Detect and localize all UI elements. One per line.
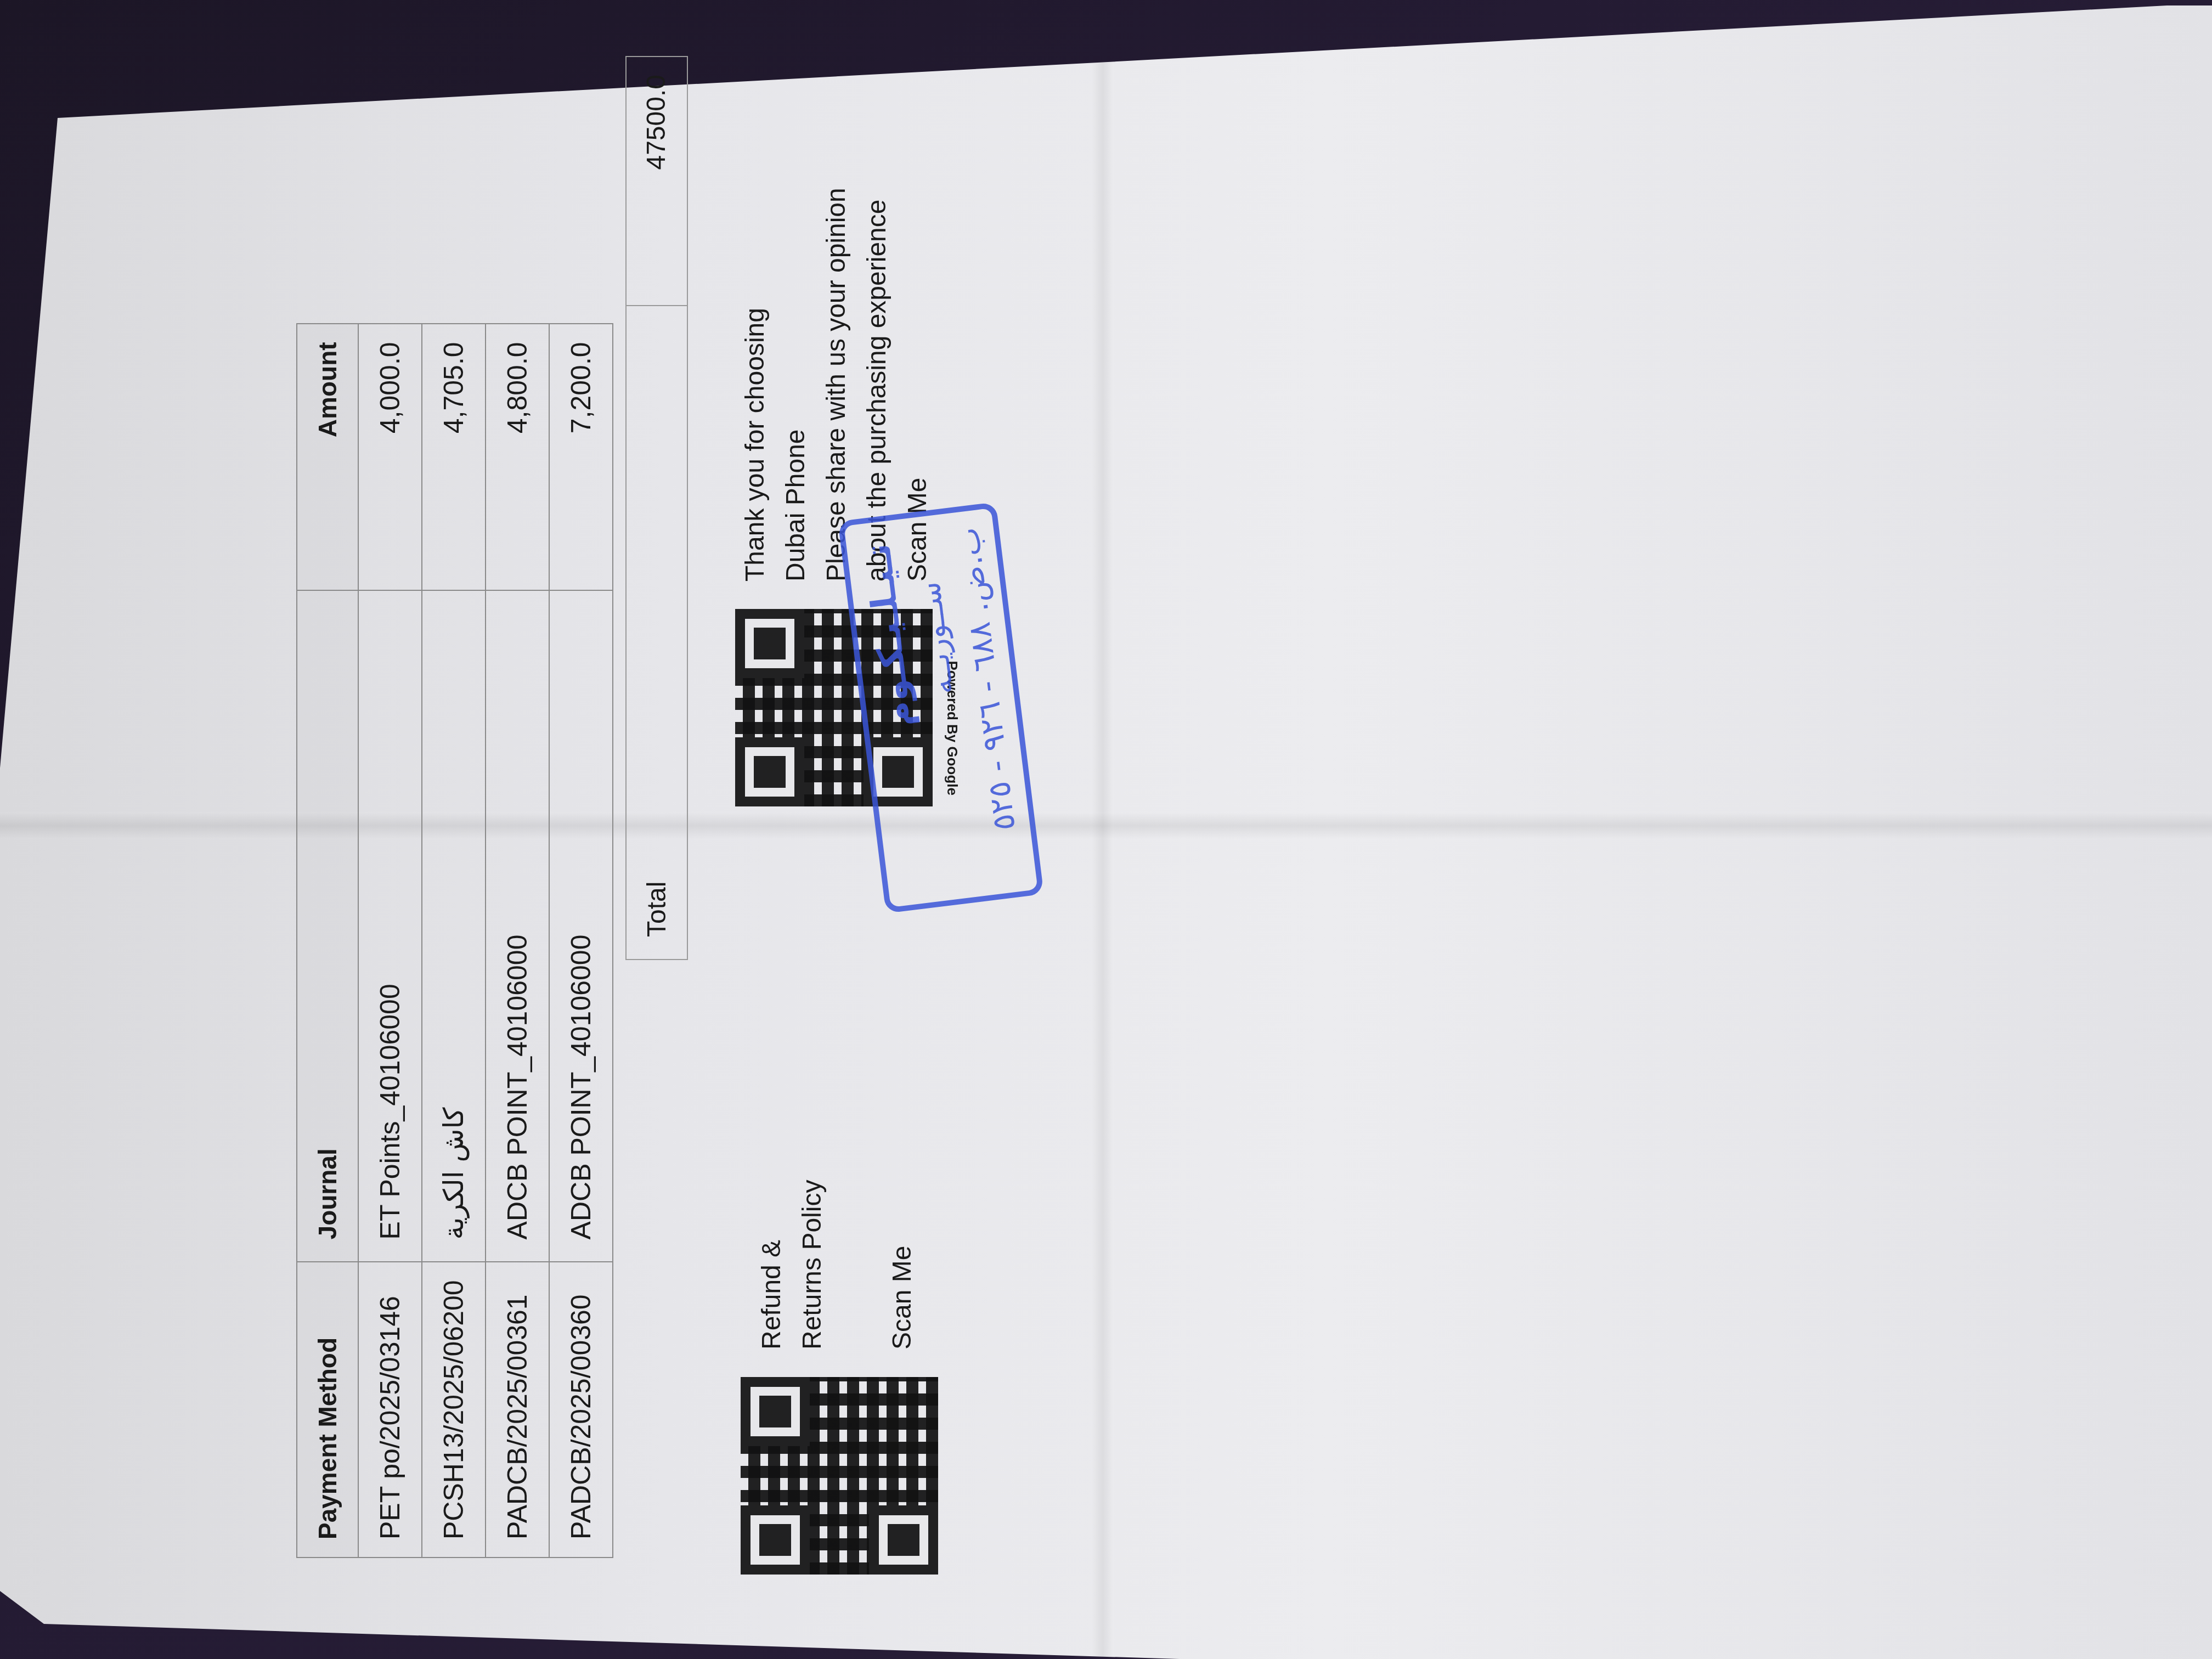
refund-line-1: Refund & [752, 1180, 792, 1350]
total-row: Total 47500.0 [625, 56, 688, 960]
header-journal: Journal [297, 590, 358, 1262]
stamp-line-2: ســوريــه [912, 580, 960, 697]
amount-cell: 4,800.0 [486, 324, 549, 590]
total-label: Total [642, 306, 672, 959]
amount-cell: 4,705.0 [422, 324, 486, 590]
header-amount: Amount [297, 324, 358, 590]
table-row: PCSH13/2025/06200 كاش الكرية 4,705.0 [422, 324, 486, 1558]
payment-method-cell: PADCB/2025/00360 [549, 1262, 613, 1558]
total-value: 47500.0 [627, 57, 687, 306]
journal-cell: ET Points_40106000 [358, 590, 422, 1262]
refund-line-2: Returns Policy [792, 1180, 833, 1350]
payments-table: Payment Method Journal Amount PET po/202… [296, 323, 613, 1558]
amount-cell: 4,000.0 [358, 324, 422, 590]
table-row: PADCB/2025/00361 ADCB POINT_40106000 4,8… [486, 324, 549, 1558]
refund-scan-label: Scan Me [882, 1180, 923, 1350]
table-row: PET po/2025/03146 ET Points_40106000 4,0… [358, 324, 422, 1558]
receipt-content: Payment Method Journal Amount PET po/202… [241, 99, 1009, 1580]
table-header-row: Payment Method Journal Amount [297, 324, 358, 1558]
table-row: PADCB/2025/00360 ADCB POINT_40106000 7,2… [549, 324, 613, 1558]
journal-cell: كاش الكرية [422, 590, 486, 1262]
thanks-line-1: Thank you for choosing [735, 188, 776, 582]
journal-cell: ADCB POINT_40106000 [549, 590, 613, 1262]
stamp-line-1: تـيـلـيـكـوم [857, 541, 920, 730]
qr-code-icon[interactable] [741, 1377, 938, 1575]
payment-method-cell: PCSH13/2025/06200 [422, 1262, 486, 1558]
amount-cell: 7,200.0 [549, 324, 613, 590]
payment-method-cell: PADCB/2025/00361 [486, 1262, 549, 1558]
journal-cell: ADCB POINT_40106000 [486, 590, 549, 1262]
header-payment-method: Payment Method [297, 1262, 358, 1558]
refund-policy-note: Refund & Returns Policy Scan Me [752, 1180, 923, 1350]
thanks-line-2: Dubai Phone [776, 188, 816, 582]
payment-method-cell: PET po/2025/03146 [358, 1262, 422, 1558]
